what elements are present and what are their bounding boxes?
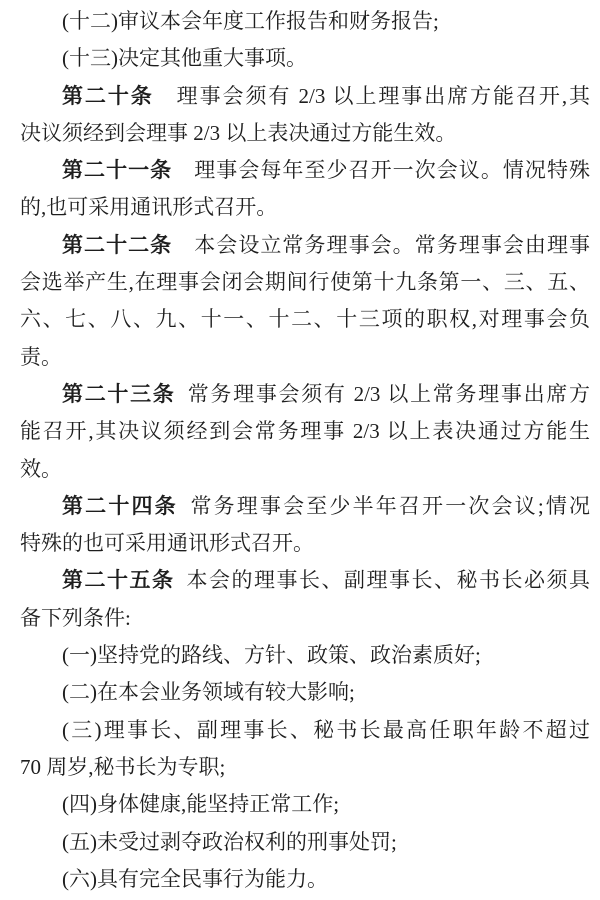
paragraph-line: 能召开,其决议须经到会常务理事 2/3 以上表决通过方能生: [20, 413, 590, 450]
line-text: 本会的理事长、副理事长、秘书长必须具: [175, 568, 591, 592]
paragraph: (十二)审议本会年度工作报告和财务报告;: [20, 3, 590, 40]
paragraph: (四)身体健康,能坚持正常工作;: [20, 786, 590, 823]
paragraph-line: (六)具有完全民事行为能力。: [20, 861, 590, 898]
line-text: 六、七、八、九、十一、十二、十三项的职权,对理事会负: [20, 307, 590, 331]
paragraph: (三)理事长、副理事长、秘书长最高任职年龄不超过70 周岁,秘书长为专职;: [20, 712, 590, 787]
article-number: 第二十一条: [62, 158, 172, 182]
line-text: (六)具有完全民事行为能力。: [62, 867, 328, 891]
article-number: 第二十四条: [62, 494, 178, 518]
paragraph-line: 六、七、八、九、十一、十二、十三项的职权,对理事会负: [20, 301, 590, 338]
line-text: (十三)决定其他重大事项。: [62, 46, 307, 70]
paragraph-line: 会选举产生,在理事会闭会期间行使第十九条第一、三、五、: [20, 264, 590, 301]
paragraph-line: 的,也可采用通讯形式召开。: [20, 189, 590, 226]
paragraph-line: 特殊的也可采用通讯形式召开。: [20, 525, 590, 562]
line-text: 理事会每年至少召开一次会议。情况特殊: [172, 158, 590, 182]
line-text: (五)未受过剥夺政治权利的刑事处罚;: [62, 830, 397, 854]
article-number: 第二十五条: [62, 568, 175, 592]
line-text: 能召开,其决议须经到会常务理事 2/3 以上表决通过方能生: [20, 419, 590, 443]
paragraph-line: 第二十二条 本会设立常务理事会。常务理事会由理事: [20, 227, 590, 264]
paragraph: (一)坚持党的路线、方针、政策、政治素质好;: [20, 637, 590, 674]
paragraph-line: (四)身体健康,能坚持正常工作;: [20, 786, 590, 823]
paragraph: 第二十一条 理事会每年至少召开一次会议。情况特殊的,也可采用通讯形式召开。: [20, 152, 590, 227]
paragraph-line: 责。: [20, 339, 590, 376]
paragraph: (五)未受过剥夺政治权利的刑事处罚;: [20, 824, 590, 861]
line-text: (三)理事长、副理事长、秘书长最高任职年龄不超过: [62, 718, 590, 742]
line-text: 本会设立常务理事会。常务理事会由理事: [172, 233, 590, 257]
line-text: 的,也可采用通讯形式召开。: [20, 195, 277, 219]
paragraph: (二)在本会业务领域有较大影响;: [20, 674, 590, 711]
paragraph: (十三)决定其他重大事项。: [20, 40, 590, 77]
line-text: 常务理事会须有 2/3 以上常务理事出席方: [176, 382, 590, 406]
line-text: 备下列条件:: [20, 606, 131, 630]
paragraph: 第二十四条 常务理事会至少半年召开一次会议;情况特殊的也可采用通讯形式召开。: [20, 488, 590, 563]
line-text: 效。: [20, 457, 62, 481]
line-text: 责。: [20, 345, 62, 369]
line-text: (十二)审议本会年度工作报告和财务报告;: [62, 9, 439, 33]
line-text: 会选举产生,在理事会闭会期间行使第十九条第一、三、五、: [20, 270, 590, 294]
paragraph-line: (三)理事长、副理事长、秘书长最高任职年龄不超过: [20, 712, 590, 749]
line-text: 常务理事会至少半年召开一次会议;情况: [178, 494, 590, 518]
line-text: 特殊的也可采用通讯形式召开。: [20, 531, 314, 555]
line-text: (四)身体健康,能坚持正常工作;: [62, 792, 339, 816]
paragraph: 第二十五条 本会的理事长、副理事长、秘书长必须具备下列条件:: [20, 562, 590, 637]
paragraph-line: (二)在本会业务领域有较大影响;: [20, 674, 590, 711]
paragraph-line: 效。: [20, 451, 590, 488]
paragraph: 第二十二条 本会设立常务理事会。常务理事会由理事会选举产生,在理事会闭会期间行使…: [20, 227, 590, 376]
paragraph-line: 70 周岁,秘书长为专职;: [20, 749, 590, 786]
paragraph-line: (一)坚持党的路线、方针、政策、政治素质好;: [20, 637, 590, 674]
paragraph-line: 第二十一条 理事会每年至少召开一次会议。情况特殊: [20, 152, 590, 189]
paragraph-line: 第二十四条 常务理事会至少半年召开一次会议;情况: [20, 488, 590, 525]
paragraph-line: 备下列条件:: [20, 600, 590, 637]
paragraph-line: (十三)决定其他重大事项。: [20, 40, 590, 77]
paragraph-line: 决议须经到会理事 2/3 以上表决通过方能生效。: [20, 115, 590, 152]
line-text: (一)坚持党的路线、方针、政策、政治素质好;: [62, 643, 481, 667]
paragraph: 第二十三条 常务理事会须有 2/3 以上常务理事出席方能召开,其决议须经到会常务…: [20, 376, 590, 488]
paragraph: 第二十条 理事会须有 2/3 以上理事出席方能召开,其决议须经到会理事 2/3 …: [20, 78, 590, 153]
paragraph-line: (五)未受过剥夺政治权利的刑事处罚;: [20, 824, 590, 861]
line-text: 理事会须有 2/3 以上理事出席方能召开,其: [154, 84, 590, 108]
article-number: 第二十条: [62, 84, 154, 108]
paragraph-line: 第二十三条 常务理事会须有 2/3 以上常务理事出席方: [20, 376, 590, 413]
article-number: 第二十三条: [62, 382, 176, 406]
line-text: 70 周岁,秘书长为专职;: [20, 755, 225, 779]
line-text: (二)在本会业务领域有较大影响;: [62, 680, 355, 704]
paragraph-line: 第二十条 理事会须有 2/3 以上理事出席方能召开,其: [20, 78, 590, 115]
article-number: 第二十二条: [62, 233, 172, 257]
paragraph-line: 第二十五条 本会的理事长、副理事长、秘书长必须具: [20, 562, 590, 599]
document-page: (十二)审议本会年度工作报告和财务报告;(十三)决定其他重大事项。第二十条 理事…: [0, 0, 600, 900]
paragraph: (六)具有完全民事行为能力。: [20, 861, 590, 898]
line-text: 决议须经到会理事 2/3 以上表决通过方能生效。: [20, 121, 456, 145]
paragraph-line: (十二)审议本会年度工作报告和财务报告;: [20, 3, 590, 40]
